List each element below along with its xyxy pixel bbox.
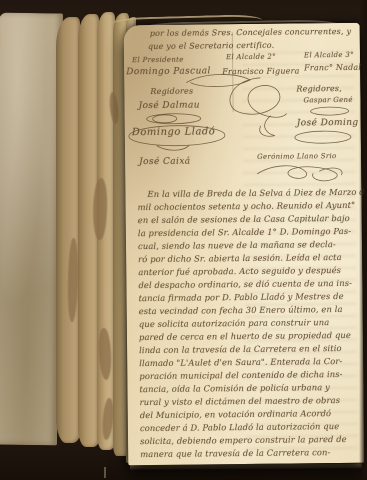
bottom-highlight-mark xyxy=(104,467,106,478)
manuscript-page: por los demás Sres. Concejales concurren… xyxy=(124,23,365,465)
regidor-signature: Gaspar Gené xyxy=(303,96,352,105)
alcalde2-title: El Alcalde 2° xyxy=(226,53,276,62)
signature-rubric xyxy=(293,130,355,145)
regidor-signature: José Dalmau xyxy=(138,100,199,111)
signature-rubric-flourish xyxy=(220,75,301,142)
body-line: manera que la travesía de la Carretera c… xyxy=(140,446,356,461)
regidores-right-label: Regidores, xyxy=(296,84,342,93)
closing-line: por los demás Sres. Concejales concurren… xyxy=(150,27,351,38)
regidor-signature: José Caixá xyxy=(139,157,191,168)
regidor-signature: José Doming xyxy=(297,118,359,129)
vellum-cover-edge xyxy=(0,13,63,446)
closing-line: que yo el Secretario certifico. xyxy=(148,41,275,51)
page-edge-stack xyxy=(56,17,80,443)
secretary-signature: Gerónimo Llano Srio xyxy=(257,152,337,161)
alcalde3-signature: Franc° Nadal xyxy=(304,63,361,73)
signature-rubric xyxy=(309,106,351,116)
signature-rubric-flourish xyxy=(253,161,349,186)
signature-rubric xyxy=(127,123,227,150)
alcalde3-title: El Alcalde 3° xyxy=(304,51,354,60)
regidores-left-label: Regidores xyxy=(150,87,193,96)
act-body: En la villa de Breda de la Selva á Diez … xyxy=(137,186,356,461)
gutter-shadow xyxy=(359,0,367,480)
photo-of-manuscript-book: por los demás Sres. Concejales concurren… xyxy=(0,0,367,480)
president-title: El Presidente xyxy=(132,56,184,65)
